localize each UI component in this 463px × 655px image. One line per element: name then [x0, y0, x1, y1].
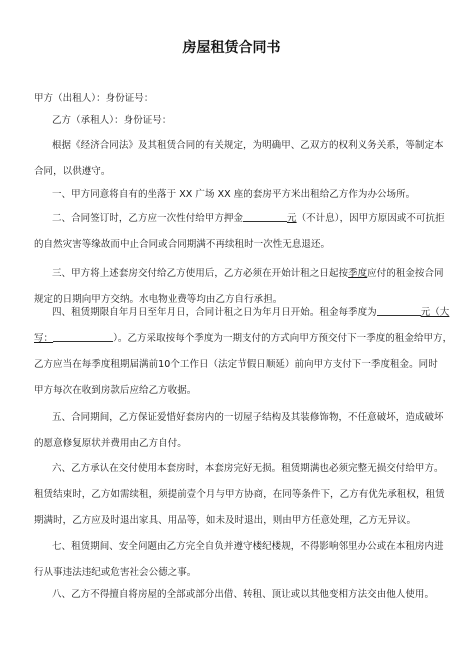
clause-3-text-b: 应付的租金按合同	[367, 268, 443, 279]
clause-7-line-1: 七、租赁期间、安全问题由乙方完全自负并遵守楼纪楼规，不得影响邻里办公或在本租房内…	[34, 532, 432, 561]
intro-line-1: 根据《经济合同法》及其租赁合同的有关规定，为明确甲、乙双方的权利义务关系，等制定…	[34, 131, 432, 160]
clause-6-line-1: 六、乙方承认在交付使用本套房时，本套房完好无损。租赁期满也必须完整无损交付给甲方…	[34, 454, 432, 483]
clause-7: 七、租赁期间、安全问题由乙方完全自负并遵守楼纪楼规，不得影响邻里办公或在本租房内…	[34, 532, 432, 587]
clause-8-line-1: 八、乙方不得擅自将房屋的全部或部分出借、转租、顶让或以其他变相方法交由他人使用。	[34, 580, 432, 609]
clause-2-text-b: （不计息），因甲方原因或不可抗拒	[297, 213, 445, 224]
clause-8: 八、乙方不得擅自将房屋的全部或部分出借、转租、顶让或以其他变相方法交由他人使用。	[34, 580, 432, 609]
rent-uppercase-label: 写：	[34, 333, 53, 344]
clause-3-text-a: 三、甲方将上述套房交付给乙方使用后，乙方必须在开始计租之日起按	[52, 268, 348, 279]
clause-4-text-b: ）。乙方采取按每个季度为一期支付的方式向甲方预交付下一季度的租金给甲方，	[113, 333, 452, 344]
deposit-unit: 元	[287, 213, 297, 224]
clause-2-line-1: 二、合同签订时，乙方应一次性付给甲方押金元（不计息），因甲方原因或不可抗拒	[34, 204, 432, 233]
clause-2-line-2: 的自然灾害等缘故而中止合同或合同期满不再续租时一次性无息退还。	[34, 230, 432, 259]
deposit-amount-blank	[243, 211, 287, 222]
clause-4-line-4: 甲方每次在收到房款后应给乙方收据。	[34, 376, 432, 405]
document-page: 房屋租赁合同书 甲方（出租人）：身份证号： 乙方（承租人）：身份证号： 根据《经…	[0, 0, 463, 655]
clause-5: 五、合同期间，乙方保证爱惜好套房内的一切屋子结构及其装修饰物，不任意破坏，造成破…	[34, 403, 432, 458]
clause-2: 二、合同签订时，乙方应一次性付给甲方押金元（不计息），因甲方原因或不可抗拒 的自…	[34, 204, 432, 259]
clause-6-line-3: 期满时，乙方应及时退出家具、用品等，如未及时退出，则由甲方任意处理，乙方无异议。	[34, 506, 432, 535]
rent-uppercase-blank	[53, 331, 113, 342]
intro-paragraph: 根据《经济合同法》及其租赁合同的有关规定，为明确甲、乙双方的权利义务关系，等制定…	[34, 131, 432, 186]
clause-4-line-3: 乙方应当在每季度租期届满前10个工作日（法定节假日顺延）前向甲方支付下一季度租金…	[34, 350, 432, 379]
rent-unit: 元（大	[421, 307, 450, 318]
clause-4: 四、租赁期限自年月日至年月日，合同计租之日为年月日开始。租金每季度为元（大 写：…	[34, 298, 432, 405]
payment-period: 季度	[348, 268, 367, 279]
clause-5-line-1: 五、合同期间，乙方保证爱惜好套房内的一切屋子结构及其装修饰物，不任意破坏，造成破…	[34, 403, 432, 432]
clause-4-line-2: 写：）。乙方采取按每个季度为一期支付的方式向甲方预交付下一季度的租金给甲方，	[34, 324, 432, 353]
rent-amount-blank	[377, 305, 421, 316]
clause-4-line-1: 四、租赁期限自年月日至年月日，合同计租之日为年月日开始。租金每季度为元（大	[34, 298, 432, 327]
clause-6-line-2: 租赁结束时，乙方如需续租，须提前壹个月与甲方协商，在同等条件下，乙方有优先承租权…	[34, 480, 432, 509]
clause-6: 六、乙方承认在交付使用本套房时，本套房完好无损。租赁期满也必须完整无损交付给甲方…	[34, 454, 432, 535]
document-title: 房屋租赁合同书	[0, 37, 463, 57]
clause-4-text-a: 四、租赁期限自年月日至年月日，合同计租之日为年月日开始。租金每季度为	[52, 307, 377, 318]
clause-2-text-a: 二、合同签订时，乙方应一次性付给甲方押金	[52, 213, 243, 224]
clause-3-line-1: 三、甲方将上述套房交付给乙方使用后，乙方必须在开始计租之日起按季度应付的租金按合…	[34, 259, 432, 288]
